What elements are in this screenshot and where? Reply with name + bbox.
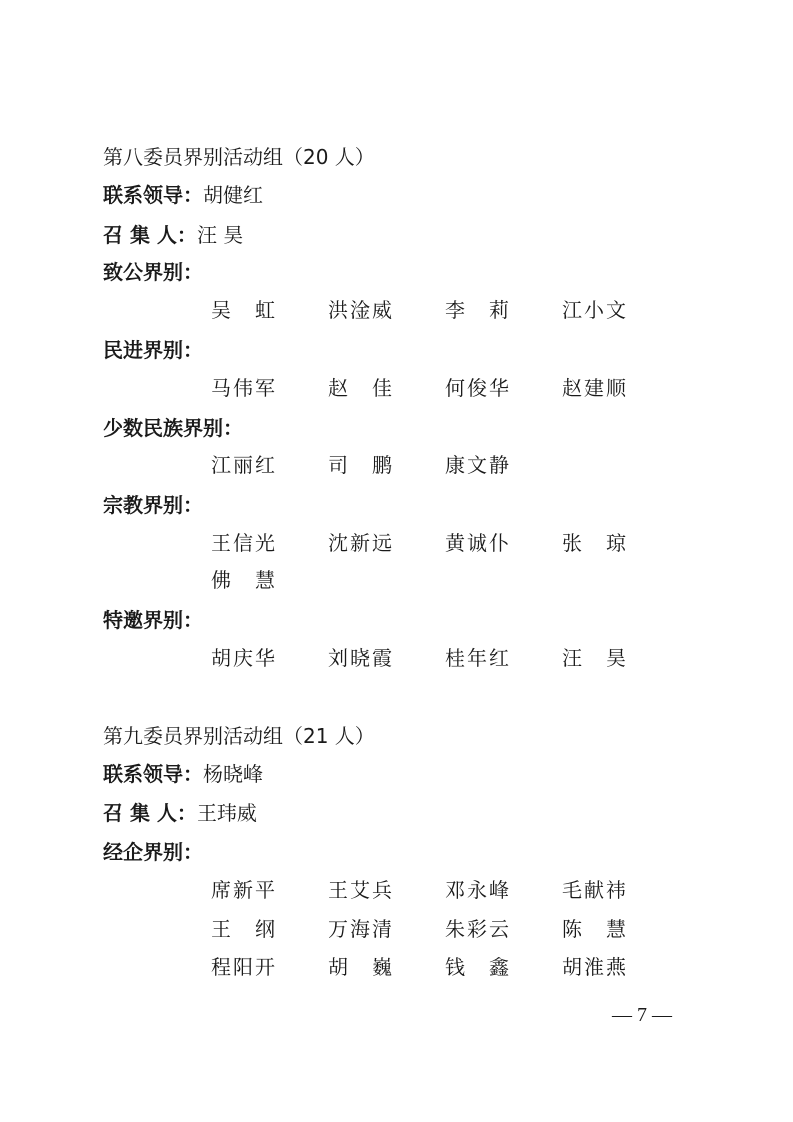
sector-label: 宗教界别：: [103, 493, 203, 517]
member-name: 吴虹: [211, 298, 275, 322]
member-name: 胡淮燕: [562, 955, 626, 979]
member-name: 何俊华: [445, 376, 509, 400]
group-title: 第九委员界别活动组（21 人）: [103, 724, 375, 748]
member-name: 康文静: [445, 453, 509, 477]
convener-name: 汪 昊: [197, 223, 243, 247]
convener-label: 召 集 人：: [103, 801, 197, 825]
convener-name: 王玮威: [197, 801, 257, 825]
member-name: 沈新远: [328, 531, 392, 555]
member-name: 胡巍: [328, 955, 392, 979]
liaison-name: 胡健红: [203, 183, 263, 207]
member-name: 王纲: [211, 917, 275, 941]
liaison-label: 联系领导：: [103, 183, 203, 207]
member-name: 桂年红: [445, 646, 509, 670]
group-title: 第八委员界别活动组（20 人）: [103, 145, 375, 169]
member-name: 佛慧: [211, 568, 275, 592]
member-name: 江小文: [562, 298, 626, 322]
member-name: 王艾兵: [328, 878, 392, 902]
liaison-name: 杨晓峰: [203, 762, 263, 786]
page-number: — 7 —: [612, 1004, 672, 1027]
member-name: 陈慧: [562, 917, 626, 941]
member-name: 黄诚仆: [445, 531, 509, 555]
member-name: 洪淦威: [328, 298, 392, 322]
member-name: 王信光: [211, 531, 275, 555]
sector-label: 少数民族界别：: [103, 416, 243, 440]
member-name: 毛献祎: [562, 878, 626, 902]
member-name: 赵建顺: [562, 376, 626, 400]
convener-line: 召 集 人：汪 昊: [103, 223, 243, 247]
member-name: 张琼: [562, 531, 626, 555]
member-name: 万海清: [328, 917, 392, 941]
liaison-line: 联系领导：杨晓峰: [103, 762, 263, 786]
member-name: 江丽红: [211, 453, 275, 477]
liaison-line: 联系领导：胡健红: [103, 183, 263, 207]
member-name: 李莉: [445, 298, 509, 322]
convener-line: 召 集 人：王玮威: [103, 801, 257, 825]
member-name: 钱鑫: [445, 955, 509, 979]
sector-label: 特邀界别：: [103, 608, 203, 632]
member-name: 赵佳: [328, 376, 392, 400]
member-name: 司鹏: [328, 453, 392, 477]
member-name: 席新平: [211, 878, 275, 902]
member-name: 汪昊: [562, 646, 626, 670]
sector-label: 民进界别：: [103, 338, 203, 362]
member-name: 马伟军: [211, 376, 275, 400]
member-name: 程阳开: [211, 955, 275, 979]
member-name: 朱彩云: [445, 917, 509, 941]
liaison-label: 联系领导：: [103, 762, 203, 786]
sector-label: 致公界别：: [103, 260, 203, 284]
member-name: 刘晓霞: [328, 646, 392, 670]
member-name: 邓永峰: [445, 878, 509, 902]
sector-label: 经企界别：: [103, 840, 203, 864]
convener-label: 召 集 人：: [103, 223, 197, 247]
member-name: 胡庆华: [211, 646, 275, 670]
